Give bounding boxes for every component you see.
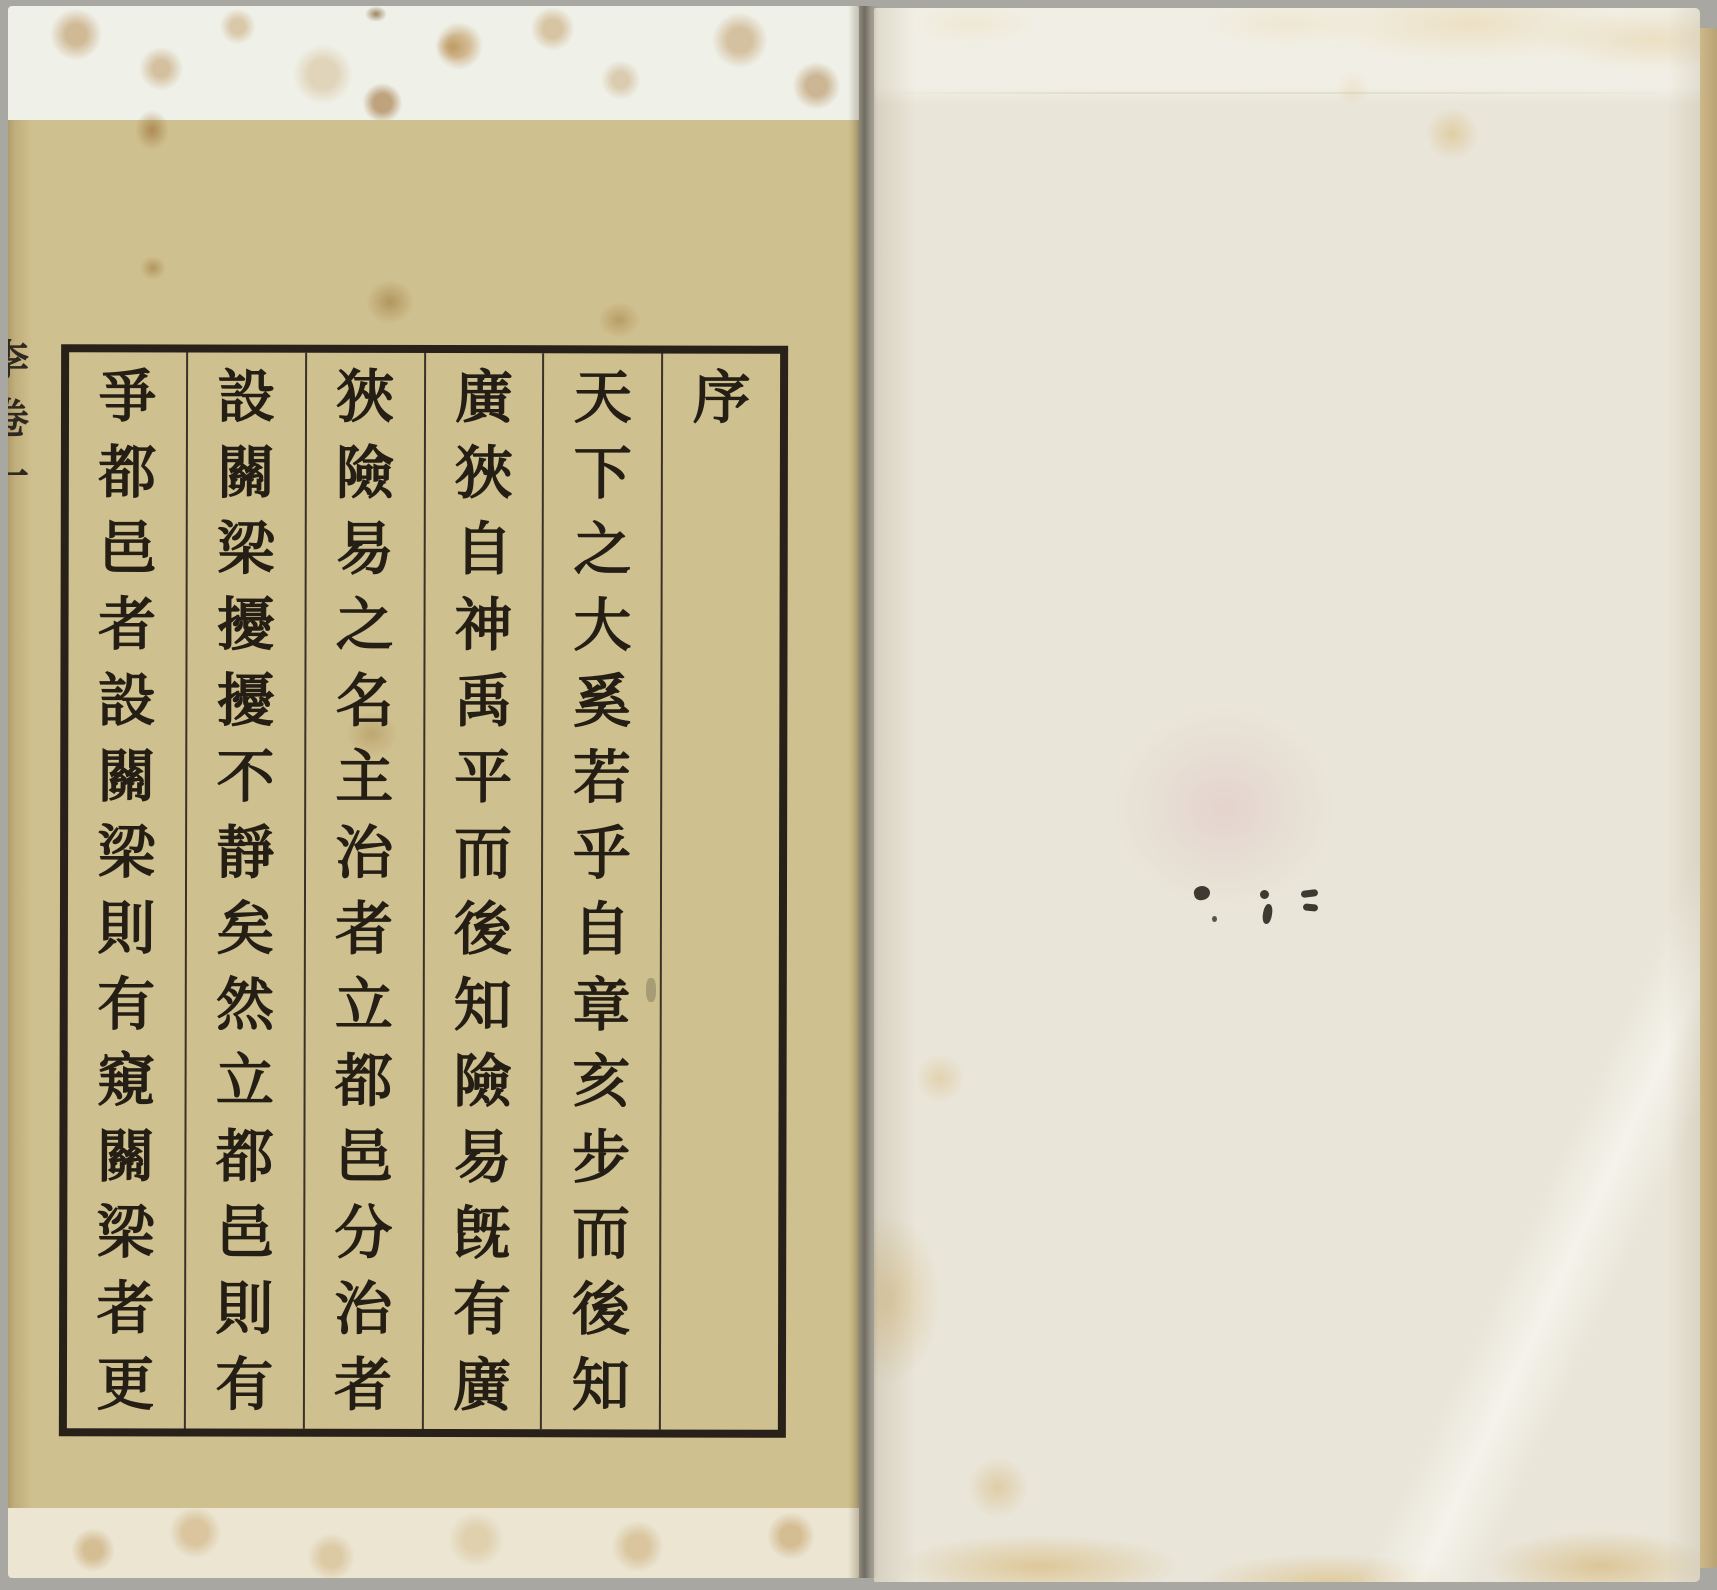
text-character: 矣 [187, 891, 304, 967]
text-character: 下 [544, 435, 661, 511]
text-character: 分 [305, 1195, 422, 1271]
text-character: 名 [306, 663, 423, 739]
text-character: 都 [69, 434, 186, 510]
page-edge-shading [8, 120, 32, 1508]
text-character: 然 [187, 967, 304, 1043]
text-character: 邑 [69, 510, 186, 586]
ink-bleed-mark [1301, 889, 1319, 898]
text-character: 天 [544, 359, 661, 435]
left-printed-page: 李卷一 序 天下之大奚若乎自章亥步而後知廣狹自神禹平而後知險易旣有廣狹險易之名主… [8, 6, 859, 1578]
text-character: 擾 [187, 587, 304, 663]
spine-label-text: 李卷一 [8, 338, 26, 512]
foxed-backing-paper-bottom [8, 1508, 859, 1578]
text-column: 天下之大奚若乎自章亥步而後知 [542, 353, 663, 1429]
text-character: 若 [544, 739, 661, 815]
text-character: 靜 [187, 815, 304, 891]
text-character: 主 [306, 739, 423, 815]
text-character: 大 [544, 587, 661, 663]
text-column: 廣狹自神禹平而後知險易旣有廣 [423, 353, 544, 1429]
text-character: 則 [186, 1271, 303, 1347]
foxing-stain [598, 302, 640, 338]
text-column: 爭都邑者設關梁則有窺關梁者更 [67, 352, 188, 1428]
text-character: 者 [67, 1270, 184, 1346]
text-character: 後 [542, 1271, 659, 1347]
text-character: 關 [188, 435, 305, 511]
paper-crease [874, 92, 1700, 94]
page-gutter-shadow [848, 6, 878, 1578]
text-character: 治 [305, 1271, 422, 1347]
title-column: 序 [661, 354, 780, 1430]
text-character: 自 [425, 511, 542, 587]
text-character: 設 [188, 359, 305, 435]
text-character: 擾 [187, 663, 304, 739]
text-character: 關 [68, 738, 185, 814]
text-character: 者 [306, 891, 423, 967]
text-character: 之 [306, 587, 423, 663]
text-character: 則 [68, 890, 185, 966]
text-character: 梁 [67, 1194, 184, 1270]
text-character: 旣 [424, 1195, 541, 1271]
spine-label-fragment: 李卷一 [8, 338, 34, 518]
preface-title: 序 [663, 360, 780, 436]
text-column: 設關梁擾擾不靜矣然立都邑則有 [186, 353, 307, 1429]
text-character: 後 [424, 891, 541, 967]
text-character: 關 [67, 1118, 184, 1194]
text-character: 者 [305, 1347, 422, 1423]
text-character: 章 [543, 967, 660, 1043]
text-character: 設 [68, 662, 185, 738]
text-character: 邑 [186, 1195, 303, 1271]
text-character: 平 [425, 739, 542, 815]
text-character: 亥 [543, 1043, 660, 1119]
text-character: 都 [305, 1043, 422, 1119]
foxed-backing-paper-top [8, 6, 859, 120]
text-character: 有 [68, 966, 185, 1042]
text-character: 廣 [423, 1347, 540, 1423]
text-character: 治 [306, 815, 423, 891]
text-character: 有 [186, 1347, 303, 1423]
text-character: 易 [306, 511, 423, 587]
foxing-stain [366, 280, 414, 324]
text-character: 梁 [68, 814, 185, 890]
foxing-stain [140, 256, 166, 280]
text-character: 更 [67, 1346, 184, 1422]
text-character: 奚 [544, 663, 661, 739]
text-character: 狹 [425, 435, 542, 511]
ink-bleed-mark [1260, 890, 1269, 899]
text-character: 乎 [543, 815, 660, 891]
text-character: 狹 [307, 359, 424, 435]
seal-bleed-stain [1114, 708, 1334, 908]
text-character: 知 [424, 967, 541, 1043]
text-character: 險 [424, 1043, 541, 1119]
book-cover-edge [1700, 28, 1717, 1568]
text-character: 禹 [425, 663, 542, 739]
text-character: 立 [305, 967, 422, 1043]
text-character: 都 [186, 1119, 303, 1195]
ink-bleed-mark [1303, 903, 1319, 911]
text-character: 梁 [187, 511, 304, 587]
text-character: 而 [543, 1195, 660, 1271]
ink-bleed-mark [1261, 903, 1273, 924]
text-frame: 序 天下之大奚若乎自章亥步而後知廣狹自神禹平而後知險易旣有廣狹險易之名主治者立都… [59, 344, 788, 1438]
text-character: 有 [424, 1271, 541, 1347]
right-blank-page [874, 8, 1700, 1582]
text-character: 廣 [425, 359, 542, 435]
text-character: 步 [543, 1119, 660, 1195]
text-character: 而 [425, 815, 542, 891]
text-character: 邑 [305, 1119, 422, 1195]
text-character: 不 [187, 739, 304, 815]
text-character: 窺 [68, 1042, 185, 1118]
text-character: 爭 [69, 358, 186, 434]
text-character: 立 [186, 1043, 303, 1119]
text-character: 神 [425, 587, 542, 663]
text-character: 險 [306, 435, 423, 511]
text-column: 狹險易之名主治者立都邑分治者 [305, 353, 426, 1429]
text-character: 知 [542, 1347, 659, 1423]
text-character: 之 [544, 511, 661, 587]
text-character: 者 [69, 586, 186, 662]
text-character: 自 [543, 891, 660, 967]
text-character: 易 [424, 1119, 541, 1195]
ink-bleed-mark [1212, 916, 1217, 922]
